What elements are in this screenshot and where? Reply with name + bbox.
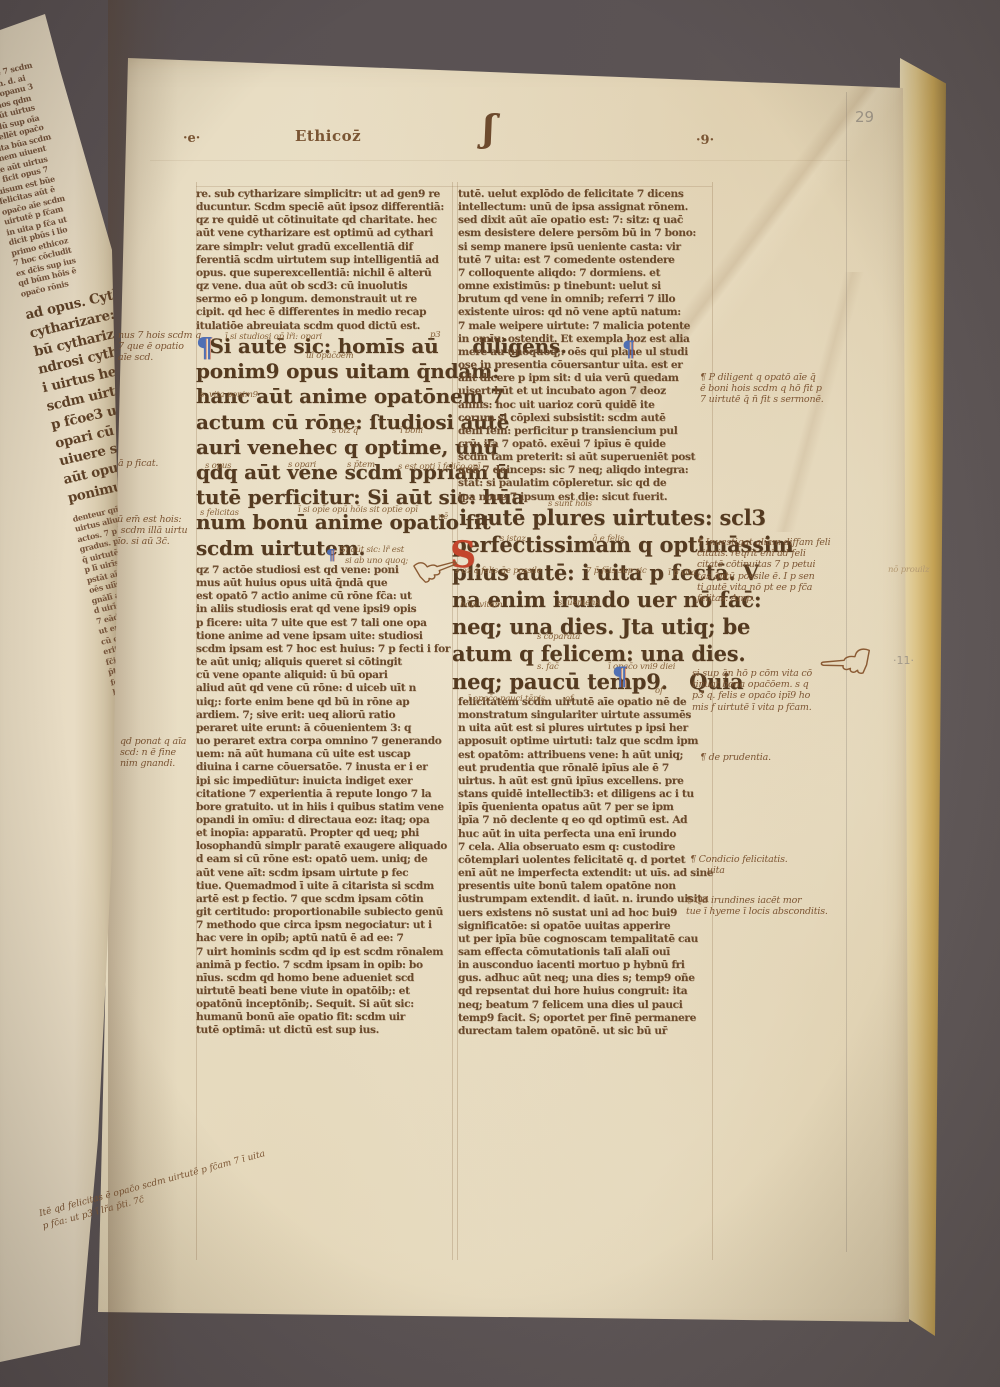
facing-page-gloss-upper: qd uirē 7 scdm inteum. d. ai uelut opanu…: [0, 36, 135, 299]
header-chapter-numeral: ·9·: [696, 133, 714, 148]
parchment-crease: [708, 272, 928, 532]
right-column-commentary-lower: felicitatem scdm uirtutē aīe opatio nē d…: [458, 696, 720, 1038]
ruling-line: [196, 186, 712, 187]
running-title: Ethicoz̄: [295, 127, 361, 145]
left-column-lemma-text: Si autē sic: homīs aū diligens. ponim9 o…: [196, 334, 458, 561]
header-flourish-glyph: ʃ: [483, 108, 495, 150]
header-quire-mark: ·e·: [183, 131, 200, 146]
ruling-line: [150, 160, 850, 161]
right-column-lemma-text: i autē plures uirtutes: scl3 perfectissi…: [452, 504, 720, 695]
facing-page-text: qd uirē 7 scdm inteum. d. ai uelut opanu…: [0, 36, 135, 801]
manicula-icon: [818, 644, 872, 682]
manuscript-photo: ·e· Ethicoz̄ ʃ ·9· re. sub cytharizare s…: [0, 0, 1000, 1387]
right-column-commentary-upper: tutē. uelut explōdo de felicitate 7 dice…: [458, 188, 720, 504]
left-column-commentary-lower: qz 7 actōe studiosi est qd vene: poni mu…: [196, 564, 456, 1038]
left-column-commentary-upper: re. sub cytharizare simplicitr: ut ad ge…: [196, 188, 456, 333]
